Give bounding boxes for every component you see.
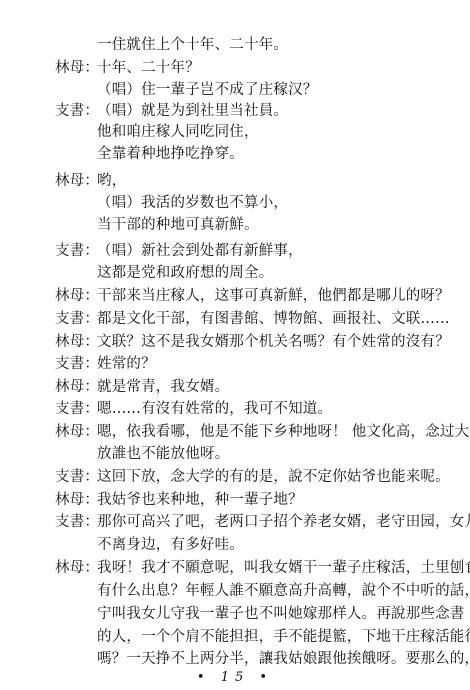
speaker-label: 支書： [55, 240, 97, 262]
line-text: 就是常青，我女婿。 [97, 376, 229, 398]
book-page: 一住就住上个十年、二十年。 林母：十年、二十年？ （唱）住一輩子岂不成了庄稼汉？… [0, 0, 470, 690]
page-number: • 15 • [0, 670, 470, 685]
line-text: 我呀！我才不願意呢，叫我女婿干一輩子庄稼活，土里刨食 [97, 557, 470, 579]
speaker-label: 支書： [55, 466, 97, 488]
line-text: （唱）住一輩子岂不成了庄稼汉？ [97, 79, 318, 101]
line-text: 嗯……有沒有姓常的，我可不知道。 [97, 398, 332, 420]
line-text: 我姑爷也来种地，种一輩子地？ [97, 489, 303, 511]
line-text: 放誰也不能放他呀。 [97, 443, 229, 465]
line-text: 不离身边，有多好哇。 [97, 534, 244, 556]
speaker-label: 林母： [55, 285, 97, 307]
speaker-label: 林母： [55, 376, 97, 398]
line-text: 有什么出息？年輕人誰不願意高升高轉，說个不中听的話， [97, 580, 470, 602]
speaker-label: 支書： [55, 308, 97, 330]
line-text: 他和咱庄稼人同吃同住， [97, 121, 259, 143]
speaker-label: 支書： [55, 398, 97, 420]
line-text: 哟， [97, 170, 126, 192]
speaker-label: 支書： [55, 511, 97, 533]
line-text: 十年、二十年？ [97, 57, 200, 79]
speaker-label: 林母： [55, 170, 97, 192]
line-text: 都是文化干部，有图書館、博物館、画报社、文联…… [97, 308, 450, 330]
line-text: 那你可高兴了吧，老两口子招个养老女婿，老守田园，女儿 [97, 511, 470, 533]
line-text: 一住就住上个十年、二十年。 [97, 34, 288, 56]
line-text: （唱）就是为到社里当社員。 [97, 100, 288, 122]
speaker-label: 林母： [55, 489, 97, 511]
line-text: 干部来当庄稼人，这事可真新鮮，他們都是哪儿的呀？ [97, 285, 450, 307]
speaker-label: 支書： [55, 353, 97, 375]
speaker-label: 林母： [55, 421, 97, 443]
line-text: 这都是党和政府想的周全。 [97, 262, 273, 284]
speaker-label: 林母： [55, 331, 97, 353]
line-text: （唱）我活的岁数也不算小， [97, 192, 288, 214]
speaker-label: 林母： [55, 557, 97, 579]
line-text: 嗎？一天挣不上两分半，讓我姑娘跟他挨餓呀。要那么的，压 [97, 648, 470, 670]
line-text: 这回下放，念大学的有的是，說不定你姑爷也能来呢。 [97, 466, 450, 488]
line-text: 的人，一个个肩不能担担，手不能提籃，下地干庄稼活能行 [97, 626, 470, 648]
line-text: 全靠着种地挣吃挣穿。 [97, 143, 244, 165]
line-text: 文联？这不是我女婿那个机关名嗎？有个姓常的沒有？ [97, 331, 450, 353]
line-text: 嗯，依我看哪，他是不能下乡种地呀！ 他文化高，念过大学， [97, 421, 470, 443]
line-text: 当干部的种地可真新鮮。 [97, 214, 259, 236]
line-text: （唱）新社会到处都有新鮮事， [97, 240, 303, 262]
line-text: 姓常的？ [97, 353, 156, 375]
speaker-label: 支書： [55, 100, 97, 122]
speaker-label: 林母： [55, 57, 97, 79]
line-text: 宁叫我女儿守我一輩子也不叫她嫁那样人。再說那些念書 [97, 603, 465, 625]
